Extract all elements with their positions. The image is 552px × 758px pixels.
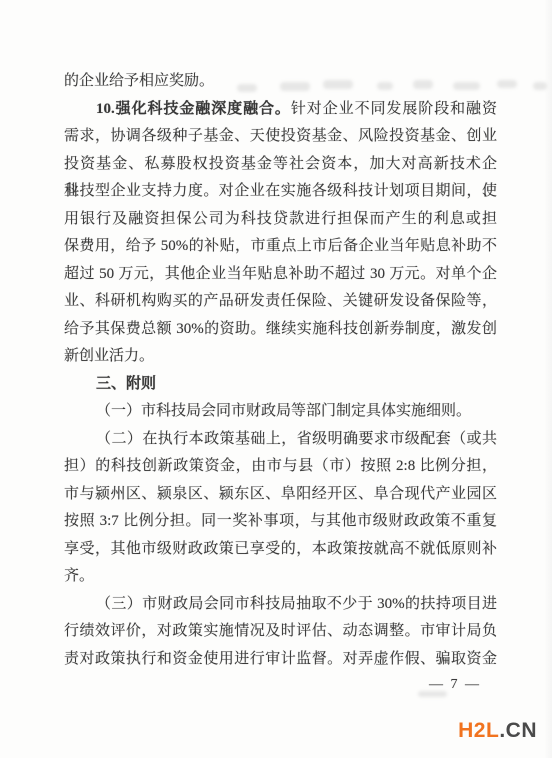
text-line: （一）市科技局会同市财政局等部门制定具体实施细则。 xyxy=(64,398,497,426)
text-line: 需求，协调各级种子基金、天使投资基金、风险投资基金、创业 xyxy=(64,123,497,151)
text-line: 给予其保费总额 30%的资助。继续实施科技创新券制度，激发创 xyxy=(64,316,497,344)
page-number: — 7 — xyxy=(429,677,481,693)
text-line: 的企业给予相应奖励。 xyxy=(64,68,497,96)
text-line: 行绩效评价，对政策实施情况及时评估、动态调整。市审计局负 xyxy=(64,618,497,646)
text-line: 按照 3:7 比例分担。同一奖补事项，与其他市级财政政策不重复 xyxy=(64,508,497,536)
document-page: 的企业给予相应奖励。10.强化科技金融深度融合。针对企业不同发展阶段和融资需求，… xyxy=(0,0,552,758)
text-line: 享受，其他市级财政政策已享受的，本政策按就高不就低原则补 xyxy=(64,536,497,564)
text-line: 市与颍州区、颍泉区、颍东区、阜阳经开区、阜合现代产业园区 xyxy=(64,481,497,509)
text-line: 三、附则 xyxy=(64,371,497,399)
text-line: 10.强化科技金融深度融合。针对企业不同发展阶段和融资 xyxy=(64,96,497,124)
text-line: 新创业活力。 xyxy=(64,343,497,371)
scan-smudge xyxy=(533,82,547,90)
text-line: 业、科研机构购买的产品研发责任保险、关键研发设备保险等， xyxy=(64,288,497,316)
watermark-suffix: .CN xyxy=(499,719,537,742)
watermark-brand: H2L xyxy=(458,719,499,742)
scan-smudge xyxy=(497,80,517,88)
text-line: 齐。 xyxy=(64,563,497,591)
text-line: 科技型企业支持力度。对企业在实施各级科技计划项目期间，使 xyxy=(64,178,497,206)
text-line: 超过 50 万元，其他企业当年贴息补助不超过 30 万元。对单个企 xyxy=(64,261,497,289)
text-line: （三）市财政局会同市科技局抽取不少于 30%的扶持项目进 xyxy=(64,591,497,619)
watermark: H2L.CN xyxy=(458,719,537,743)
text-line: （二）在执行本政策基础上，省级明确要求市级配套（或共 xyxy=(64,426,497,454)
text-line: 投资基金、私募股权投资基金等社会资本，加大对高新技术企业、 xyxy=(64,151,497,179)
text-line: 用银行及融资担保公司为科技贷款进行担保而产生的利息或担 xyxy=(64,206,497,234)
text-line: 保费用，给予 50%的补贴，市重点上市后备企业当年贴息补助不 xyxy=(64,233,497,261)
text-line: 担）的科技创新政策资金，由市与县（市）按照 2:8 比例分担， xyxy=(64,453,497,481)
text-line: 责对政策执行和资金使用进行审计监督。对弄虚作假、骗取资金 xyxy=(64,646,497,674)
document-text-block: 的企业给予相应奖励。10.强化科技金融深度融合。针对企业不同发展阶段和融资需求，… xyxy=(64,68,497,673)
